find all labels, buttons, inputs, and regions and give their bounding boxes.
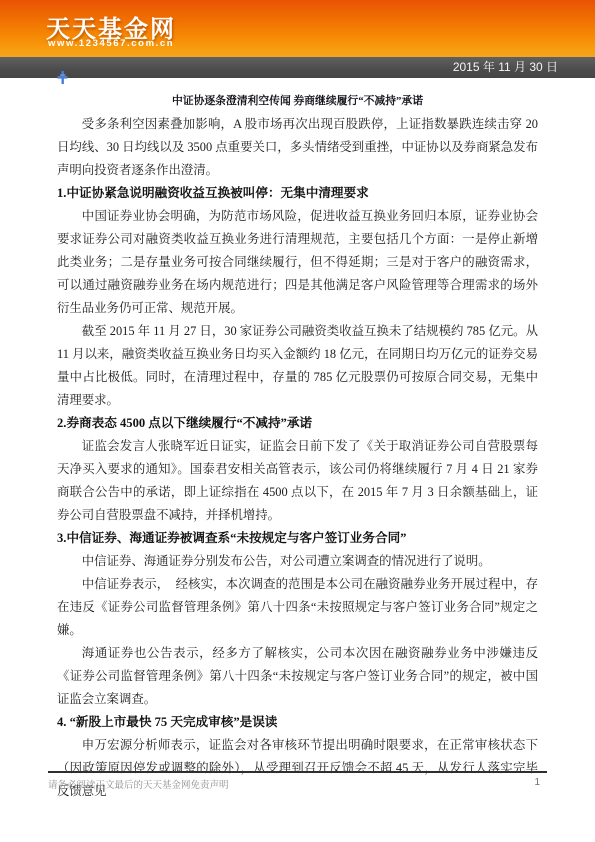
- footer-disclaimer: 请务必阅读正文最后的天天基金网免责声明: [48, 777, 229, 791]
- article-title: 中证协逐条澄清利空传闻 券商继续履行“不减持”承诺: [57, 90, 538, 113]
- section-heading-1: 1.中证协紧急说明融资收益互换被叫停：无集中清理要求: [57, 182, 538, 205]
- section-heading-4: 4. “新股上市最快 75 天完成审核”是误读: [57, 711, 538, 734]
- paragraph-section2-a: 证监会发言人张晓军近日证实，证监会日前下发了《关于取消证券公司自营股票每天净买入…: [57, 435, 538, 527]
- report-date: 2015 年 11 月 30 日: [453, 57, 558, 78]
- paragraph-section1-b: 截至 2015 年 11 月 27 日，30 家证券公司融资类收益互换未了结规模…: [57, 320, 538, 412]
- footer-divider: [48, 771, 547, 773]
- paragraph-section3-b: 中信证券表示， 经核实，本次调查的范围是本公司在融资融券业务开展过程中，存在违反…: [57, 573, 538, 642]
- site-url: www.1234567.com.cn: [48, 38, 174, 49]
- paragraph-section1-a: 中国证券业协会明确，为防范市场风险，促进收益互换业务回归本原，证券业协会要求证券…: [57, 205, 538, 320]
- document-page: 天天基金网 www.1234567.com.cn 2015 年 11 月 30 …: [0, 0, 595, 842]
- paragraph-section3-a: 中信证券、海通证券分别发布公告，对公司遭立案调查的情况进行了说明。: [57, 550, 538, 573]
- paragraph-section3-c: 海通证券也公告表示，经多方了解核实，公司本次因在融资融券业务中涉嫌违反《证券公司…: [57, 642, 538, 711]
- header-banner: 天天基金网 www.1234567.com.cn: [0, 0, 595, 57]
- article: 中证协逐条澄清利空传闻 券商继续履行“不减持”承诺 受多条利空因素叠加影响，A …: [57, 90, 538, 803]
- section-heading-3: 3.中信证券、海通证券被调查系“未按规定与客户签订业务合同”: [57, 527, 538, 550]
- date-bar: 2015 年 11 月 30 日: [0, 57, 595, 78]
- section-heading-2: 2.券商表态 4500 点以下继续履行“不减持”承诺: [57, 412, 538, 435]
- paragraph-section4-a: 申万宏源分析师表示，证监会对各审核环节提出明确时限要求，在正常审核状态下（因政策…: [57, 734, 538, 803]
- anchor-marker-icon: [57, 71, 68, 84]
- paragraph-intro: 受多条利空因素叠加影响，A 股市场再次出现百股跌停，上证指数暴跌连续击穿 20 …: [57, 113, 538, 182]
- footer-page-number: 1: [534, 777, 540, 788]
